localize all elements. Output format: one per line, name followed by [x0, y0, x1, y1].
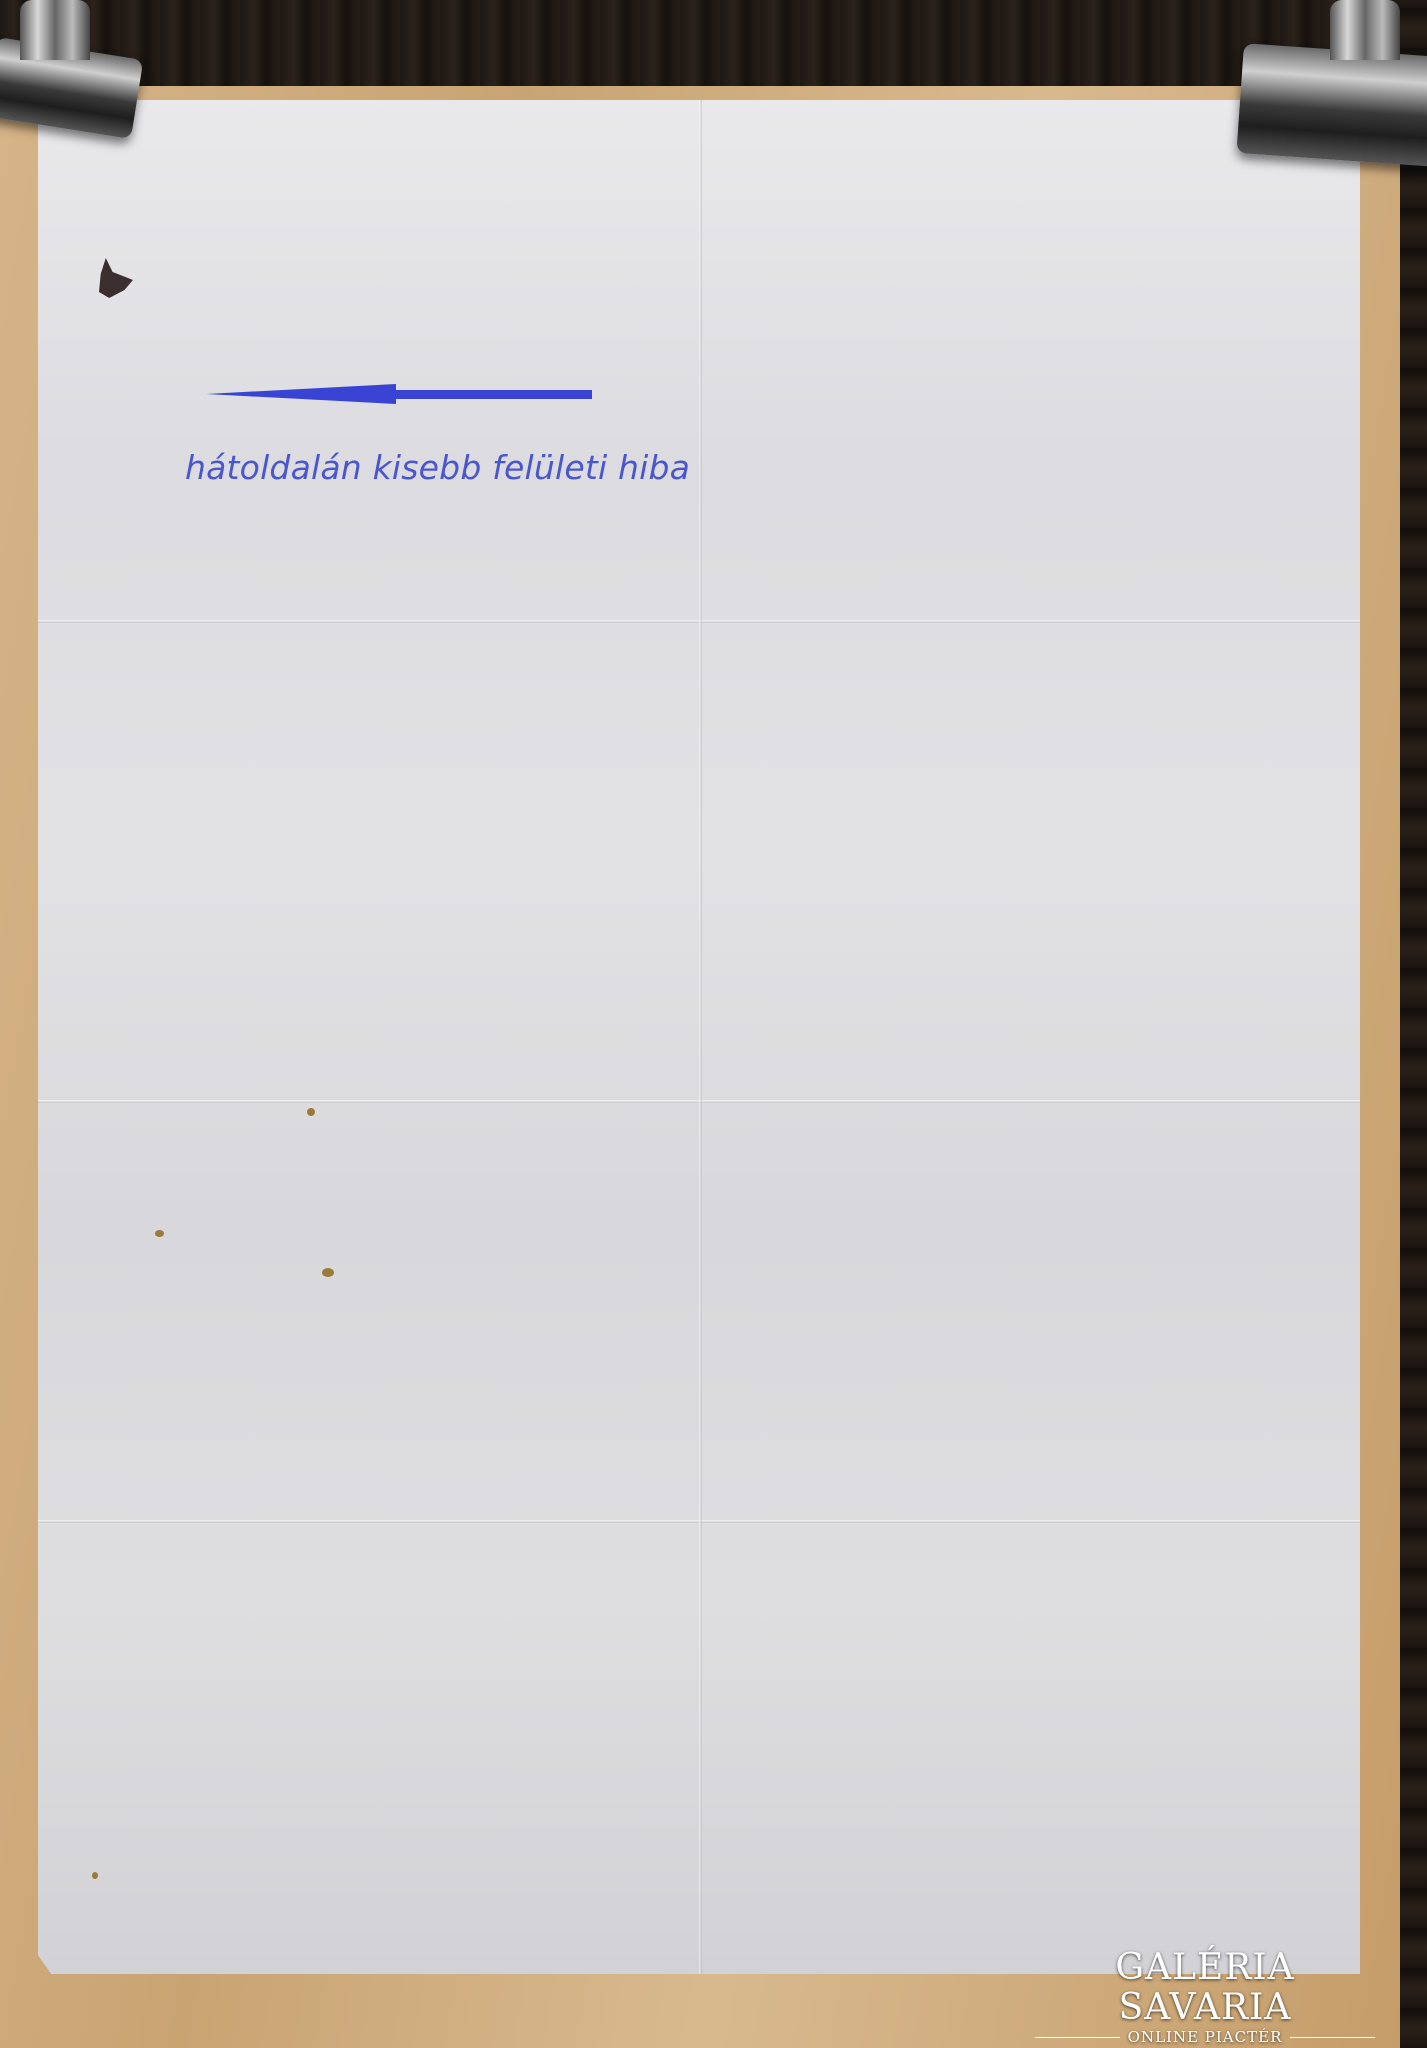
watermark-subtitle: ONLINE PIACTÉR — [1128, 2028, 1283, 2046]
watermark-title: GALÉRIA SAVARIA — [1035, 1948, 1375, 2028]
binder-clip-handle-right — [1330, 0, 1400, 60]
watermark-logo: GALÉRIA SAVARIA ONLINE PIACTÉR — [1035, 1948, 1375, 2046]
divider — [1290, 2037, 1375, 2038]
dark-wood-background-right — [1397, 0, 1427, 2048]
defect-annotation: hátoldalán kisebb felületi hiba — [185, 448, 690, 487]
binder-clip-handle-left — [20, 0, 90, 60]
poster-back-side — [38, 100, 1360, 1974]
watermark-subtitle-row: ONLINE PIACTÉR — [1035, 2028, 1375, 2046]
arrow-left-icon — [206, 383, 592, 405]
divider — [1035, 2037, 1120, 2038]
stain-spot — [155, 1230, 164, 1237]
stain-spot — [307, 1108, 315, 1116]
binder-clip-right — [1236, 43, 1427, 167]
stain-spot — [92, 1872, 98, 1879]
fold-crease-vertical — [699, 100, 702, 1974]
stain-spot — [322, 1268, 334, 1277]
